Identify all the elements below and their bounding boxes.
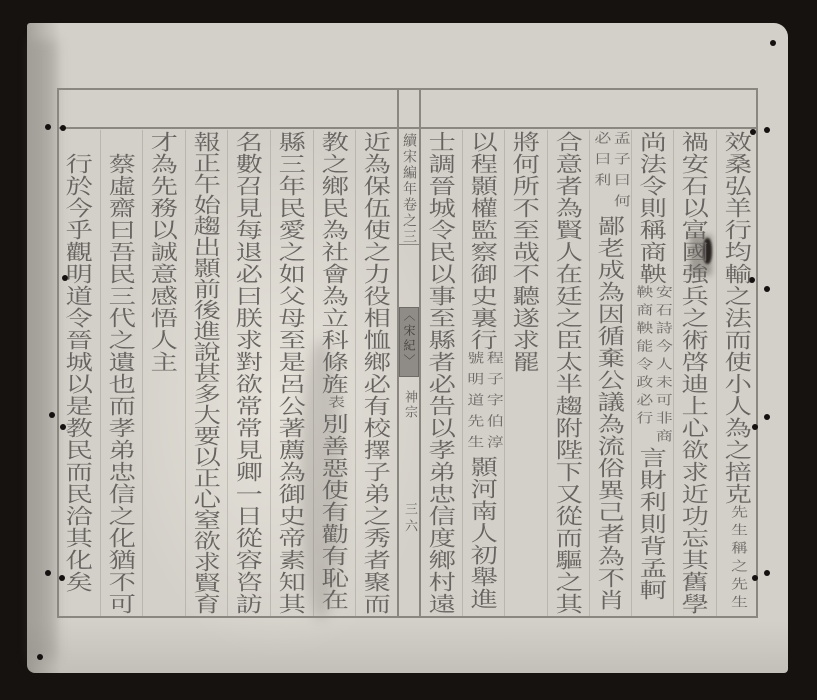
main-text: 才為先務以誠意感悟人主 [147, 131, 178, 373]
text-column-left-8-commentary: 行於今乎觀明道令晉城以是教民而民洽其化矣 [51, 153, 106, 639]
main-text: 縣三年民愛之如父母至是呂公著薦為御史帝素知其 [275, 131, 306, 615]
interlinear-note: 安石詩今人未可非商鞅商鞅能令政必行 [633, 285, 672, 447]
interlinear-note: 先生稱之先生 [727, 505, 747, 613]
main-text: 士調晉城令民以事至縣者必告以孝弟忠信度鄉村遠 [425, 131, 456, 615]
binding-hole [770, 40, 776, 46]
interlinear-note: 表 [324, 395, 344, 413]
main-text: 鄙老成為因循棄公議為流俗異己者為不肖 [594, 215, 625, 611]
binding-hole [764, 414, 770, 420]
main-text: 言財利則背孟軻 [636, 447, 667, 601]
main-text: 行於今乎觀明道令晉城以是教民而民洽其化矣 [62, 153, 93, 593]
note-line: 先生稱之先生 [727, 505, 747, 613]
main-text: 將何所不至哉不聽遂求罷 [509, 131, 540, 373]
main-text: 禍安石以富國強兵之術啓迪上心欲求近功忘其舊學 [678, 131, 709, 615]
binding-hole [764, 570, 770, 576]
main-text: 蔡虛齋曰吾民三代之遺也而孝弟忠信之化猶不可 [105, 153, 136, 615]
main-text: 近為保伍使之力役相恤鄉必有校擇子弟之秀者聚而 [360, 131, 391, 615]
note-line: 孟子曰何 [610, 131, 630, 215]
binding-hole [60, 125, 66, 131]
main-text: 顥河南人初舉進 [467, 456, 498, 610]
interlinear-note: 孟子曰何必曰利 [591, 131, 630, 215]
main-text: 合意者為賢人在廷之臣太半趨附陛下又從而驅之其 [552, 131, 583, 615]
binding-hole [764, 127, 770, 133]
text-column-right-8: 士調晉城令民以事至縣者必告以孝弟忠信度鄉村遠 [414, 131, 469, 617]
main-text: 效桑弘羊行均輸之法而使小人為之掊克 [721, 131, 752, 505]
binding-hole [45, 124, 51, 130]
main-text: 報正午始趨出顥前後進說甚多大要以正心窒欲求賢育 [190, 131, 221, 614]
note-line: 程子字伯淳 [483, 351, 503, 456]
main-text: 名數召見每退必曰朕求對欲常常見卿一日從容咨訪 [232, 131, 263, 615]
binding-hole [764, 286, 770, 292]
main-text: 以程顥權監察御史裏行 [467, 131, 498, 351]
main-text: 別善惡使有勸有恥在 [318, 413, 349, 611]
note-line: 表 [324, 395, 344, 413]
main-text: 教之鄉民為社會為立科條旌 [318, 131, 349, 395]
note-line: 安石詩今人未可非商 [652, 285, 672, 447]
interlinear-note: 程子字伯淳號明道先生 [464, 351, 503, 456]
binding-hole [37, 654, 43, 660]
main-text: 尚法令則稱商鞅 [636, 131, 667, 285]
